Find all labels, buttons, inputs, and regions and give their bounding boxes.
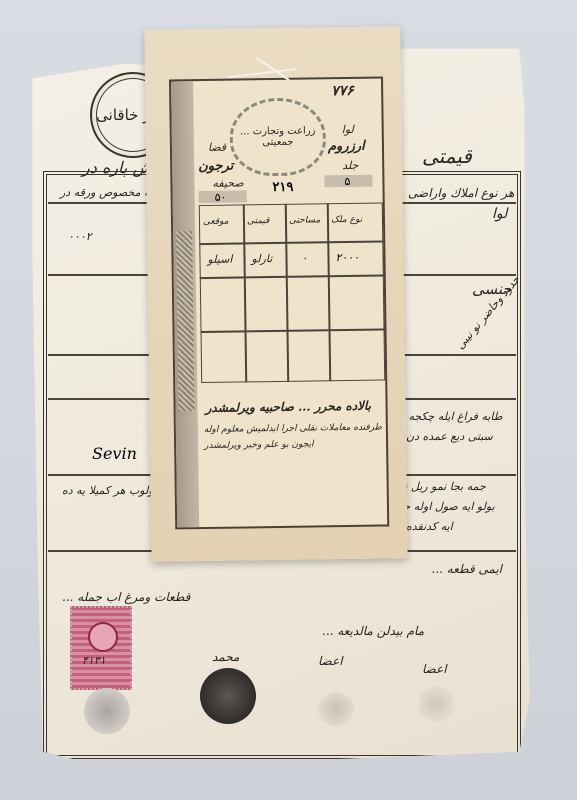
body-line: قطعات ومرغ اب جمله ... xyxy=(62,590,190,604)
attached-slip: ۶۷۷ زراعت وتجارت ... جمعیتی لوا ارزروم ق… xyxy=(144,26,407,562)
ink-seal-dark xyxy=(200,668,256,724)
deed-title: قیمتی xyxy=(422,144,472,168)
body-line: سبتی دیع عمده دن ... xyxy=(392,430,493,443)
witness-label: اعضا xyxy=(422,662,447,676)
slip-kaza-value: ترجون xyxy=(198,159,233,174)
table-cell: ۰ xyxy=(301,252,307,265)
slip-sahife-value: ۵۰ xyxy=(215,191,227,204)
slip-frame: ۶۷۷ زراعت وتجارت ... جمعیتی لوا ارزروم ق… xyxy=(169,76,389,529)
ink-seal-faint xyxy=(84,688,130,734)
emblem-text: زراعت وتجارت ... جمعیتی xyxy=(233,125,323,148)
witness-label: محمد xyxy=(212,650,239,664)
header-line: هر نوع املاك واراضی xyxy=(408,186,514,200)
slip-liva-label: لوا xyxy=(342,123,354,136)
slip-table xyxy=(199,203,385,384)
slip-spine xyxy=(171,81,199,527)
table-cell: اسیلو xyxy=(207,253,232,266)
stamp-cancel-date: ۱۳۱۴ xyxy=(82,654,106,667)
ink-seal-faint xyxy=(318,692,354,726)
revenue-stamp: ۱۳۱۴ xyxy=(70,606,132,690)
latin-signature: Sevin xyxy=(92,444,137,463)
body-line: ایمی قطعه ... xyxy=(62,562,502,576)
slip-liva-value: ارزروم xyxy=(328,139,365,155)
witness-label: اعضا xyxy=(318,654,343,668)
slip-cild-label: جلد xyxy=(342,159,358,172)
slip-serial-number: ۶۷۷ xyxy=(331,83,354,99)
slip-sahife-label: صحیفه xyxy=(212,176,243,189)
slip-cild-value: ۵ xyxy=(344,175,350,188)
wreath-emblem-icon: زراعت وتجارت ... جمعیتی xyxy=(229,97,326,176)
table-header: مساحتی xyxy=(289,215,321,225)
table-cell: تارلو xyxy=(251,252,272,265)
slip-sequence-number: ۲۱۹ xyxy=(272,180,293,195)
spine-pattern xyxy=(176,231,195,411)
slip-note-line: طرفنده معاملات نقلی اجرا ایدلمیش معلوم ا… xyxy=(204,423,382,435)
body-line: مام بیدلن مالدیعه ... xyxy=(322,624,424,638)
slip-note-line: ایجون بو علم وخبر ویرلمشدر xyxy=(204,439,314,451)
table-header: موقعی xyxy=(203,217,229,227)
label-liva: لوا xyxy=(492,206,507,222)
body-line: طابه فراغ ایله چکجه دن xyxy=(392,410,503,423)
table-cell: ۲۰۰۰ xyxy=(335,251,359,264)
ink-seal-faint xyxy=(418,686,454,722)
tughra-medallion-icon xyxy=(88,622,118,652)
table-header: قیمتی xyxy=(247,216,270,226)
body-line: بولو ایه صول اوله جقه xyxy=(392,500,495,513)
slip-kaza-label: قضا xyxy=(208,141,226,154)
value-left-number: ۲۰۰۰ xyxy=(68,230,92,243)
table-header: نوع ملک xyxy=(331,215,362,225)
slip-footer-text: بالاده محرر ... صاحبیه ویرلمشدر xyxy=(205,399,371,415)
